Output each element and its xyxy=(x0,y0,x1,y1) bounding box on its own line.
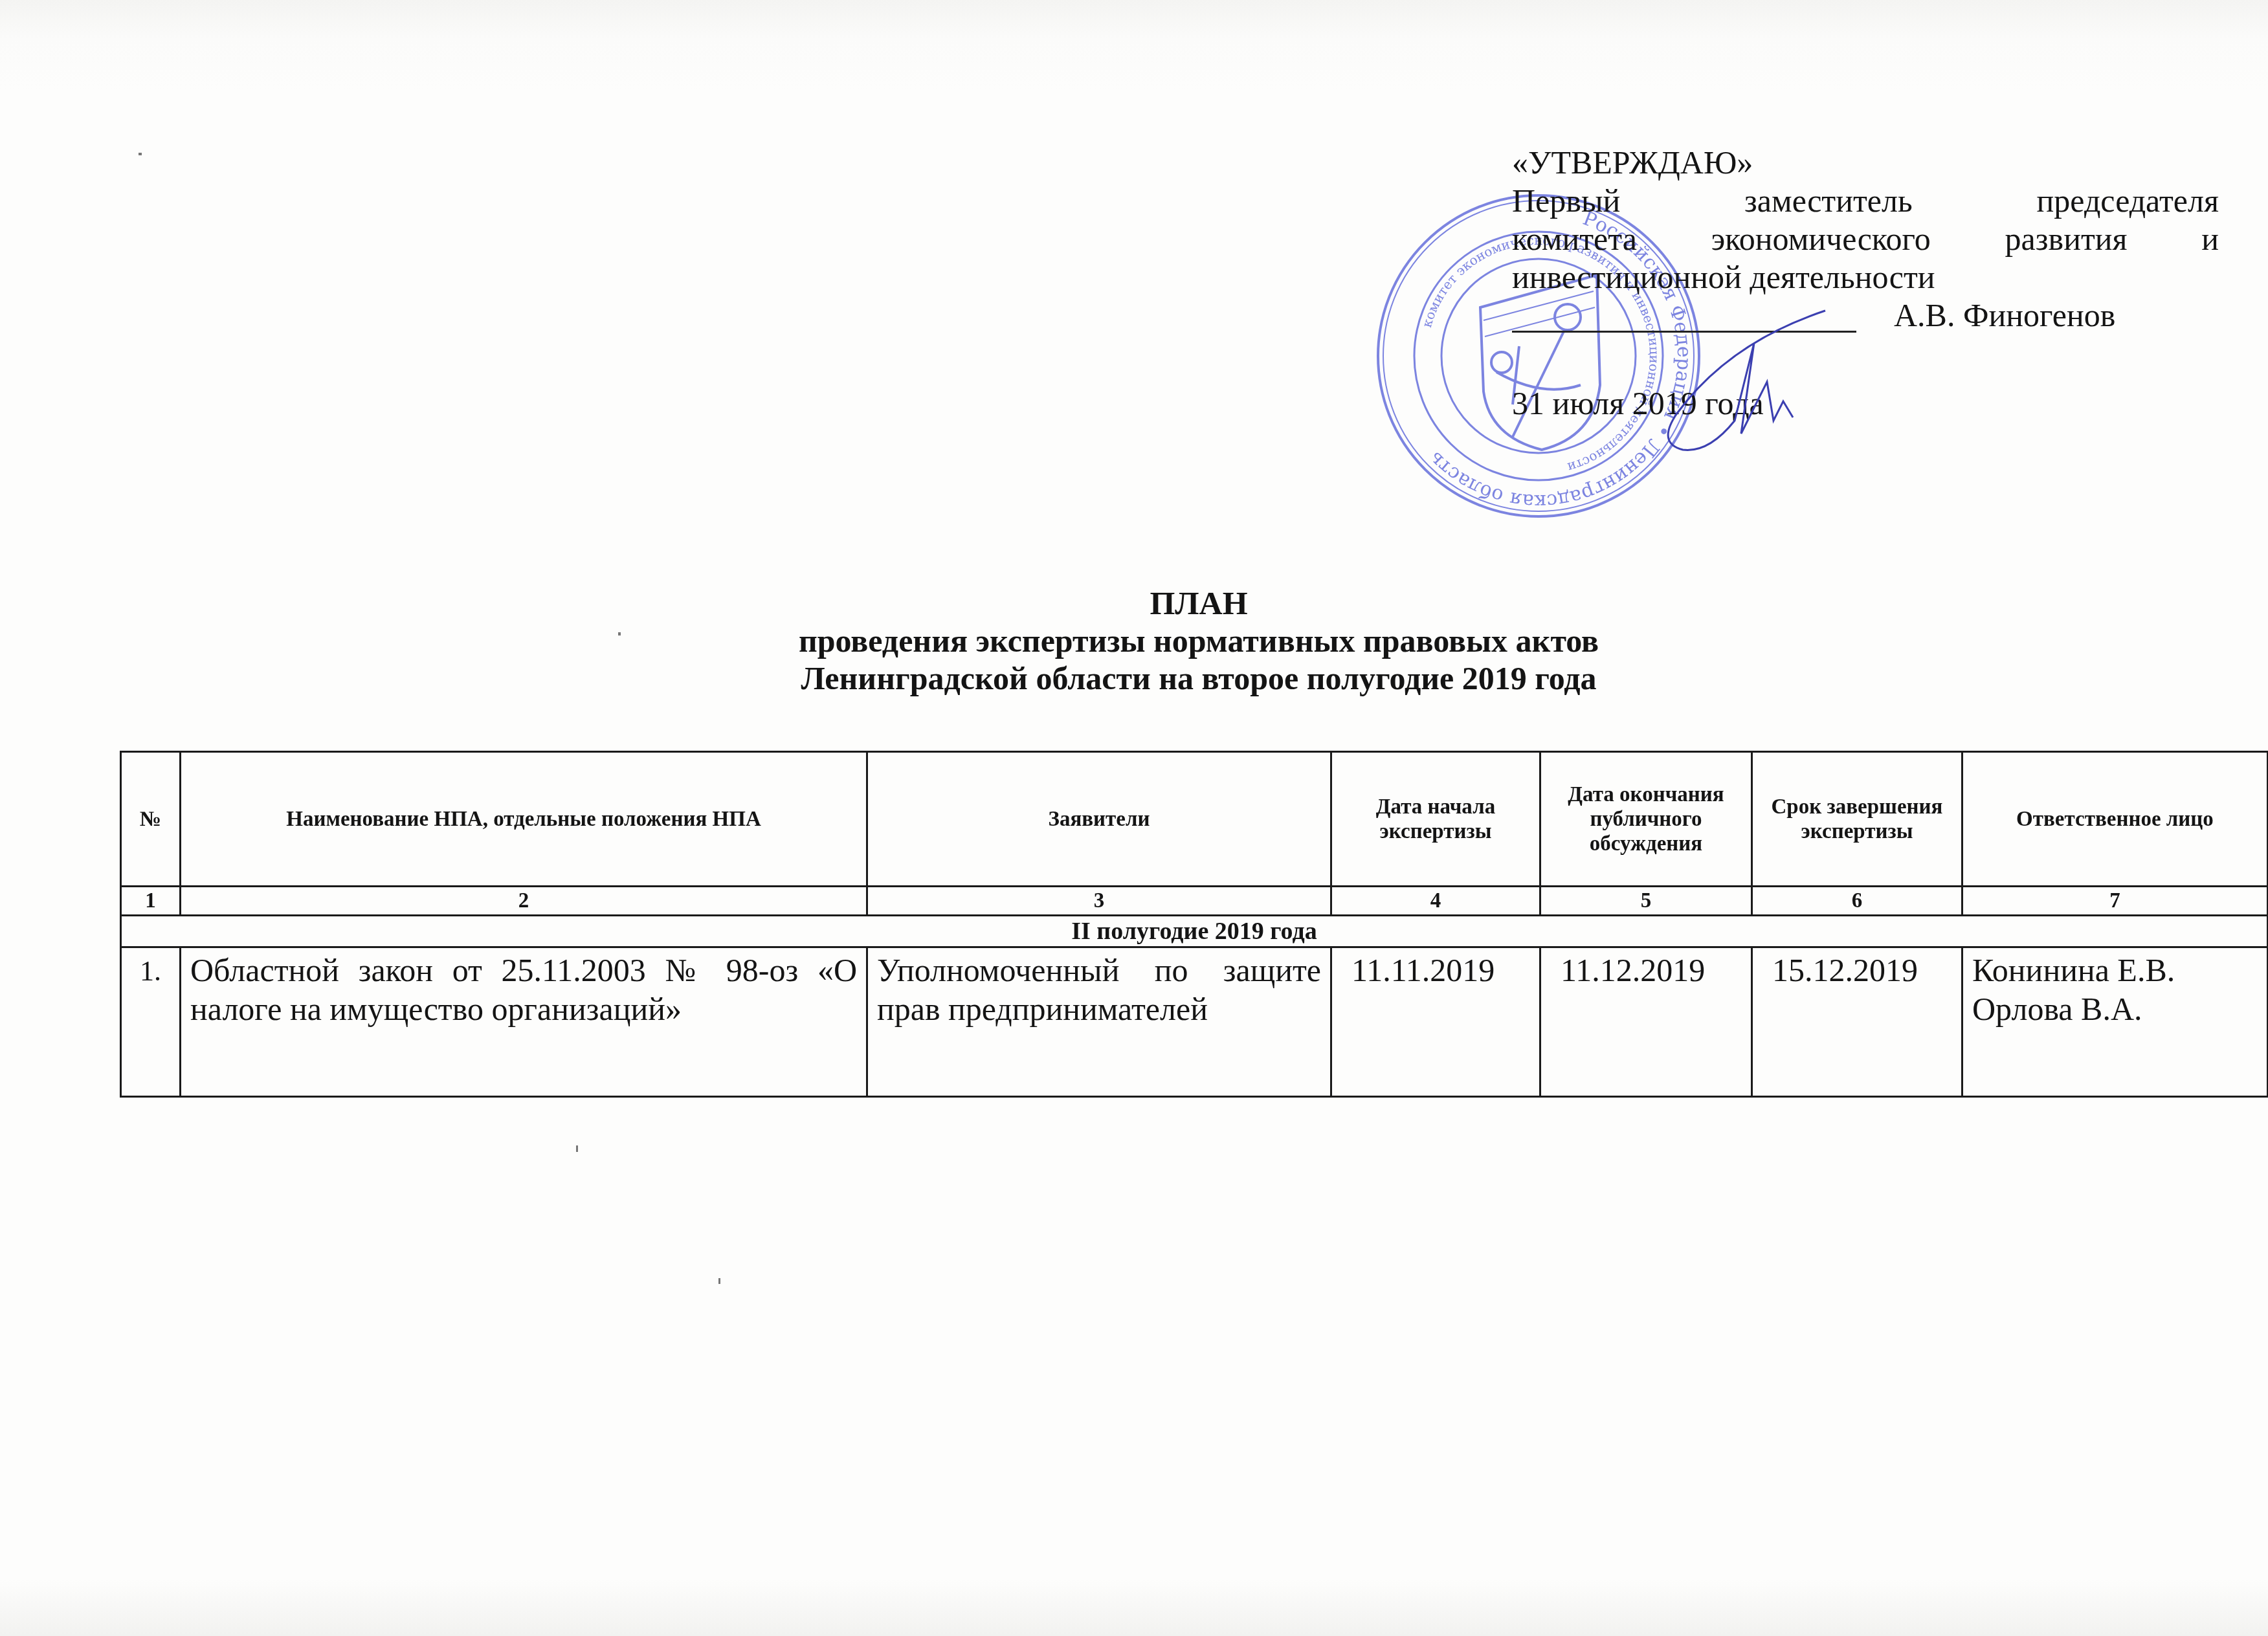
row-number: 1. xyxy=(121,947,181,1097)
scan-speck xyxy=(139,153,142,155)
signer-name: А.В. Финогенов xyxy=(1894,296,2115,335)
scan-speck xyxy=(718,1278,720,1284)
header-start-date: Дата начала экспертизы xyxy=(1331,752,1540,887)
expertise-plan-table: № Наименование НПА, отдельные положения … xyxy=(120,751,2268,1098)
discussion-end-date: 11.12.2019 xyxy=(1540,947,1752,1097)
act-name: Областной закон от 25.11.2003 № 98-оз «О… xyxy=(181,947,867,1097)
column-number: 3 xyxy=(867,887,1331,916)
handwritten-signature xyxy=(1599,304,1832,459)
responsible-person: Конинина Е.В. xyxy=(1972,951,2258,989)
section-title: II полугодие 2019 года xyxy=(121,916,2268,947)
approver-position-line-2: комитета экономического развития и xyxy=(1512,220,2219,258)
table-row: 1. Областной закон от 25.11.2003 № 98-оз… xyxy=(121,947,2268,1097)
approval-heading: «УТВЕРЖДАЮ» xyxy=(1512,144,2219,182)
scan-speck xyxy=(618,632,621,636)
title-line-1: проведения экспертизы нормативных правов… xyxy=(129,622,2268,659)
responsible-persons: Конинина Е.В. Орлова В.А. xyxy=(1962,947,2268,1097)
header-completion-date: Срок завершения экспертизы xyxy=(1752,752,1962,887)
column-number: 2 xyxy=(181,887,867,916)
column-number: 6 xyxy=(1752,887,1962,916)
responsible-person: Орлова В.А. xyxy=(1972,989,2258,1028)
section-row: II полугодие 2019 года xyxy=(121,916,2268,947)
table-header-row: № Наименование НПА, отдельные положения … xyxy=(121,752,2268,887)
approver-position-line-3: инвестиционной деятельности xyxy=(1512,258,2219,296)
approver-position-line-1: Первый заместитель председателя xyxy=(1512,182,2219,220)
title-main: ПЛАН xyxy=(129,584,2268,622)
header-discussion-end-date: Дата окончания публичного обсуждения xyxy=(1540,752,1752,887)
header-number: № xyxy=(121,752,181,887)
column-numbers-row: 1 2 3 4 5 6 7 xyxy=(121,887,2268,916)
scan-speck xyxy=(576,1145,578,1152)
header-applicants: Заявители xyxy=(867,752,1331,887)
applicant: Уполномоченный по защите прав предприним… xyxy=(867,947,1331,1097)
column-number: 7 xyxy=(1962,887,2268,916)
title-line-2: Ленинградской области на второе полугоди… xyxy=(129,659,2268,697)
column-number: 4 xyxy=(1331,887,1540,916)
header-responsible: Ответственное лицо xyxy=(1962,752,2268,887)
completion-date: 15.12.2019 xyxy=(1752,947,1962,1097)
start-date: 11.11.2019 xyxy=(1331,947,1540,1097)
column-number: 1 xyxy=(121,887,181,916)
column-number: 5 xyxy=(1540,887,1752,916)
document-title: ПЛАН проведения экспертизы нормативных п… xyxy=(0,584,2268,697)
header-act-name: Наименование НПА, отдельные положения НП… xyxy=(181,752,867,887)
